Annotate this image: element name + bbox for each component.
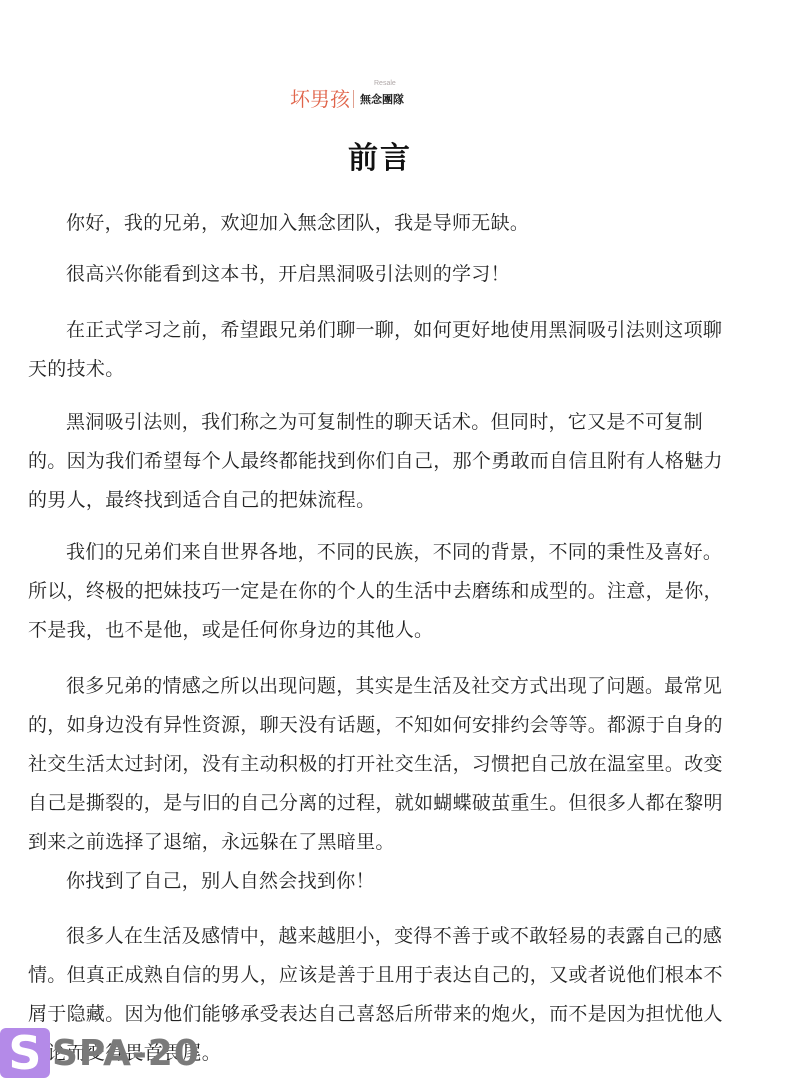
paragraph-5: 我们的兄弟们来自世界各地，不同的民族，不同的背景，不同的秉性及喜好。所以，终极的… xyxy=(28,533,740,650)
paragraph-3: 在正式学习之前，希望跟兄弟们聊一聊，如何更好地使用黑洞吸引法则这项聊天的技术。 xyxy=(28,311,740,389)
paragraph-2: 很高兴你能看到这本书，开启黑洞吸引法则的学习！ xyxy=(28,255,740,294)
brand-logo: 坏男孩 Resale 無念團隊 xyxy=(290,80,404,110)
paragraph-1: 你好，我的兄弟，欢迎加入無念团队，我是导师无缺。 xyxy=(28,204,740,243)
document-page: 坏男孩 Resale 無念團隊 前言 你好，我的兄弟，欢迎加入無念团队，我是导师… xyxy=(0,0,800,1078)
watermark-badge-icon: S xyxy=(0,1028,50,1078)
paragraph-6: 很多兄弟的情感之所以出现问题，其实是生活及社交方式出现了问题。最常见的，如身边没… xyxy=(28,667,740,862)
logo-main-text: 坏男孩 xyxy=(290,88,350,110)
page-title: 前言 xyxy=(0,133,760,177)
logo-divider xyxy=(353,90,354,108)
watermark: S SPA-20 xyxy=(0,1028,200,1078)
logo-superscript: Resale xyxy=(374,80,396,87)
paragraph-4: 黑洞吸引法则，我们称之为可复制性的聊天话术。但同时，它又是不可复制的。因为我们希… xyxy=(28,403,740,520)
logo-sub-text: 無念團隊 xyxy=(360,91,404,107)
paragraph-7: 你找到了自己，别人自然会找到你！ xyxy=(28,862,740,901)
watermark-text: SPA-20 xyxy=(52,1033,200,1074)
